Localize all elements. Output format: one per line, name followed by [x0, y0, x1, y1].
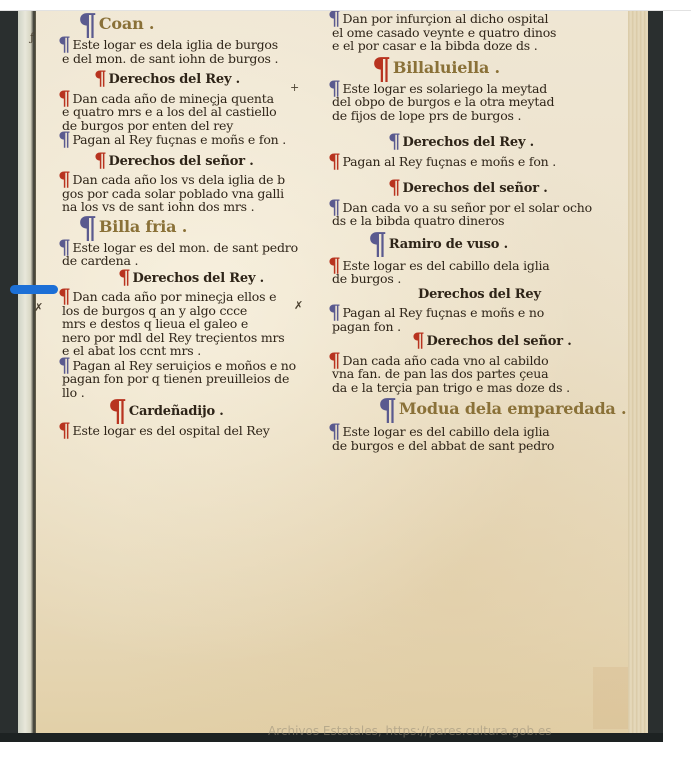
- binding-edge: [18, 11, 36, 733]
- text-line: el ome casado veynte e quatro dinos: [328, 26, 576, 40]
- pilcrow-icon: ¶: [328, 258, 341, 272]
- left-column: ¶Coan . ¶Este logar es dela iglia de bur…: [58, 17, 296, 438]
- text-line: ¶Este logar es del ospital del Rey: [58, 423, 296, 438]
- text-line: ¶Dan cada año por mineçja ellos e: [58, 289, 296, 304]
- pilcrow-icon: ¶: [58, 423, 71, 437]
- text-line: e el por casar e la bibda doze ds .: [328, 39, 576, 53]
- image-viewer[interactable]: ƒ + ✗ ✗ ¶Coan . ¶Este logar es dela igli…: [0, 11, 663, 742]
- section-heading: ¶Derechos del señor .: [328, 180, 576, 196]
- pilcrow-icon: ¶: [388, 134, 401, 148]
- manuscript-page: ƒ + ✗ ✗ ¶Coan . ¶Este logar es dela igli…: [18, 11, 646, 733]
- text-line: de fijos de lope prs de burgos .: [328, 109, 576, 123]
- pilcrow-icon: ¶: [118, 270, 131, 284]
- text-line: ds e la bibda quatro dineros: [328, 214, 576, 228]
- pilcrow-icon: ¶: [378, 404, 397, 418]
- pilcrow-icon: ¶: [328, 200, 341, 214]
- section-heading: ¶Derechos del señor .: [328, 333, 576, 349]
- text-line: pagan fon por q tienen preuilleios de: [58, 372, 296, 386]
- right-column: ¶Dan por infurçion al dicho ospital el o…: [328, 11, 576, 452]
- text-line: ¶Pagan al Rey fuçnas e moñs e fon .: [58, 132, 296, 147]
- pilcrow-icon: ¶: [58, 132, 71, 146]
- pilcrow-icon: ¶: [58, 172, 71, 186]
- text-line: de burgos .: [328, 272, 576, 286]
- text-line: da e la terçia pan trigo e mas doze ds .: [328, 381, 576, 395]
- text-line: ¶Este logar es del cabillo dela iglia: [328, 258, 576, 273]
- pilcrow-icon: ¶: [94, 153, 107, 167]
- section-heading: ¶Modua dela emparedada .: [328, 402, 576, 418]
- pilcrow-icon: ¶: [58, 37, 71, 51]
- text-line: del obpo de burgos e la otra meytad: [328, 95, 576, 109]
- text-line: ¶Dan cada año los vs dela iglia de b: [58, 172, 296, 187]
- pilcrow-icon: ¶: [388, 180, 401, 194]
- text-line: de cardena .: [58, 254, 296, 268]
- pilcrow-icon: ¶: [328, 353, 341, 367]
- text-line: e del mon. de sant iohn de burgos .: [58, 52, 296, 66]
- text-line: mrs e destos q lieua el galeo e: [58, 317, 296, 331]
- margin-mark: ✗: [34, 301, 43, 314]
- section-heading: ¶Derechos del señor .: [58, 153, 296, 169]
- pilcrow-icon: ¶: [94, 71, 107, 85]
- text-line: ¶Dan por infurçion al dicho ospital: [328, 11, 576, 26]
- text-line: los de burgos q an y algo ccce: [58, 304, 296, 318]
- pilcrow-icon: ¶: [78, 222, 97, 236]
- section-heading: ¶Derechos del Rey .: [58, 270, 296, 286]
- text-line: e el abat los ccnt mrs .: [58, 344, 296, 358]
- pilcrow-icon: ¶: [368, 238, 387, 252]
- text-line: ¶Pagan al Rey seruiçios e moños e no: [58, 358, 296, 373]
- text-line: de burgos e del abbat de sant pedro: [328, 439, 576, 453]
- text-line: ¶Este logar es solariego la meytad: [328, 81, 576, 96]
- pilcrow-icon: ¶: [58, 289, 71, 303]
- page-marker-handle[interactable]: [10, 285, 58, 294]
- text-line: pagan fon .: [328, 320, 576, 334]
- pilcrow-icon: ¶: [78, 19, 97, 33]
- pilcrow-icon: ¶: [58, 240, 71, 254]
- text-line: ¶Pagan al Rey fuçnas e moñs e no: [328, 305, 576, 320]
- section-heading: ¶Billa fria .: [58, 220, 296, 236]
- section-heading: ¶Billaluiella .: [328, 61, 576, 77]
- text-line: vna fan. de pan las dos partes çeua: [328, 367, 576, 381]
- pilcrow-icon: ¶: [412, 333, 425, 347]
- text-line: nero por mdl del Rey treçientos mrs: [58, 331, 296, 345]
- section-heading: ¶Derechos del Rey .: [58, 71, 296, 87]
- archive-watermark: Archivos Estatales, https://pares.cultur…: [268, 724, 552, 738]
- margin-mark: ƒ: [30, 31, 34, 44]
- text-line: de burgos por enten del rey: [58, 119, 296, 133]
- section-heading: ¶Cardeñadijo .: [58, 405, 296, 419]
- page-fore-edge: [628, 11, 648, 733]
- pilcrow-icon: ¶: [328, 305, 341, 319]
- section-heading: ¶Derechos del Rey .: [328, 134, 576, 150]
- text-line: ¶Dan cada año cada vno al cabildo: [328, 353, 576, 368]
- pilcrow-icon: ¶: [58, 358, 71, 372]
- text-line: ¶Dan cada vo a su señor por el solar och…: [328, 200, 576, 215]
- text-line: ¶Pagan al Rey fuçnas e moñs e fon .: [328, 154, 576, 169]
- pilcrow-icon: ¶: [328, 154, 341, 168]
- section-heading: ¶Coan .: [58, 17, 296, 33]
- pilcrow-icon: ¶: [328, 81, 341, 95]
- pilcrow-icon: ¶: [372, 63, 391, 77]
- text-line: e quatro mrs e a los del al castiello: [58, 105, 296, 119]
- pilcrow-icon: ¶: [108, 405, 127, 419]
- text-line: ¶Dan cada año de mineçja quenta: [58, 91, 296, 106]
- pilcrow-icon: ¶: [328, 424, 341, 438]
- text-line: ¶Este logar es del cabillo dela iglia: [328, 424, 576, 439]
- section-heading: ¶Ramiro de vuso .: [328, 238, 576, 252]
- text-line: ¶Este logar es del mon. de sant pedro: [58, 240, 296, 255]
- text-line: ¶Este logar es dela iglia de burgos: [58, 37, 296, 52]
- section-heading: Derechos del Rey: [328, 288, 576, 302]
- pilcrow-icon: ¶: [58, 91, 71, 105]
- text-line: llo .: [58, 386, 296, 400]
- pilcrow-icon: ¶: [328, 11, 341, 25]
- text-line: gos por cada solar poblado vna galli: [58, 187, 296, 201]
